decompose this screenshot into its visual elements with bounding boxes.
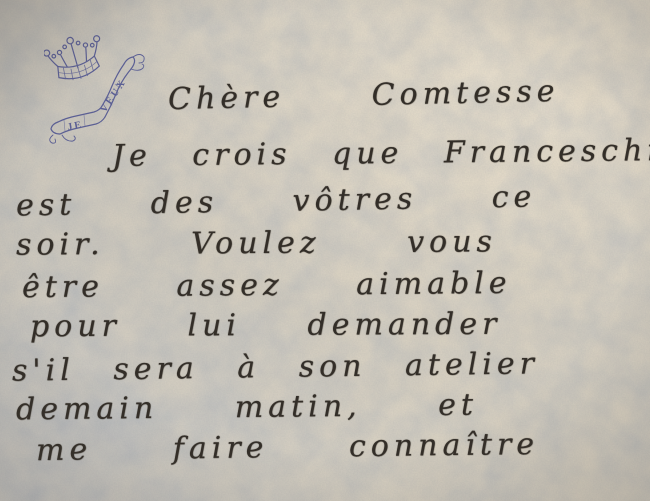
- letter-line-4: soir. Voulez vous: [16, 224, 497, 262]
- letter-line-9: me faire connaître: [36, 427, 539, 468]
- letter-line-6: pour lui demander: [30, 307, 502, 344]
- letter-line-3: est des vôtres ce: [16, 179, 537, 223]
- letter-body: Chère Comtesse Je crois que Franceschi e…: [0, 0, 650, 501]
- letter-line-8: demain matin, et: [16, 388, 478, 428]
- letter-photograph: JE VEUX Chère Comtesse Je crois que Fran…: [0, 0, 650, 501]
- letter-line-7: s'il sera à son atelier: [12, 346, 539, 388]
- letter-line-2: Je crois que Franceschi: [112, 133, 650, 174]
- letter-line-5: être assez aimable: [22, 266, 512, 305]
- salutation-line: Chère Comtesse: [168, 74, 560, 117]
